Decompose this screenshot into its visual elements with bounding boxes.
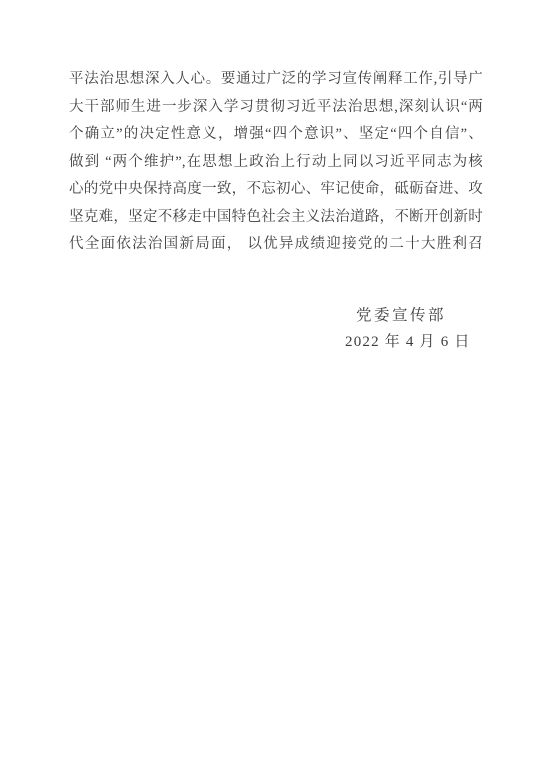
body-paragraph: 平法治思想深入人心。要通过广泛的学习宣传阐释工作,引导广 大干部师生进一步深入学… — [69, 66, 483, 259]
signature-date: 2022 年 4 月 6 日 — [345, 330, 471, 351]
paragraph-line: 个确立”的决定性意义，增强“四个意识”、坚定“四个自信”、 — [69, 121, 483, 149]
paragraph-line: 心的党中央保持高度一致，不忘初心、牢记使命，砥砺奋进、攻 — [69, 176, 483, 204]
paragraph-line: 代全面依法治国新局面， 以优异成绩迎接党的二十大胜利召开。 — [69, 231, 483, 259]
paragraph-line: 平法治思想深入人心。要通过广泛的学习宣传阐释工作,引导广 — [69, 66, 483, 94]
paragraph-line: 大干部师生进一步深入学习贯彻习近平法治思想,深刻认识“两 — [69, 94, 483, 122]
document-page: 平法治思想深入人心。要通过广泛的学习宣传阐释工作,引导广 大干部师生进一步深入学… — [0, 0, 543, 768]
signature-department: 党委宣传部 — [356, 303, 446, 325]
paragraph-line: 坚克难，坚定不移走中国特色社会主义法治道路，不断开创新时 — [69, 204, 483, 232]
paragraph-line: 做到 “两个维护”,在思想上政治上行动上同以习近平同志为核 — [69, 149, 483, 177]
